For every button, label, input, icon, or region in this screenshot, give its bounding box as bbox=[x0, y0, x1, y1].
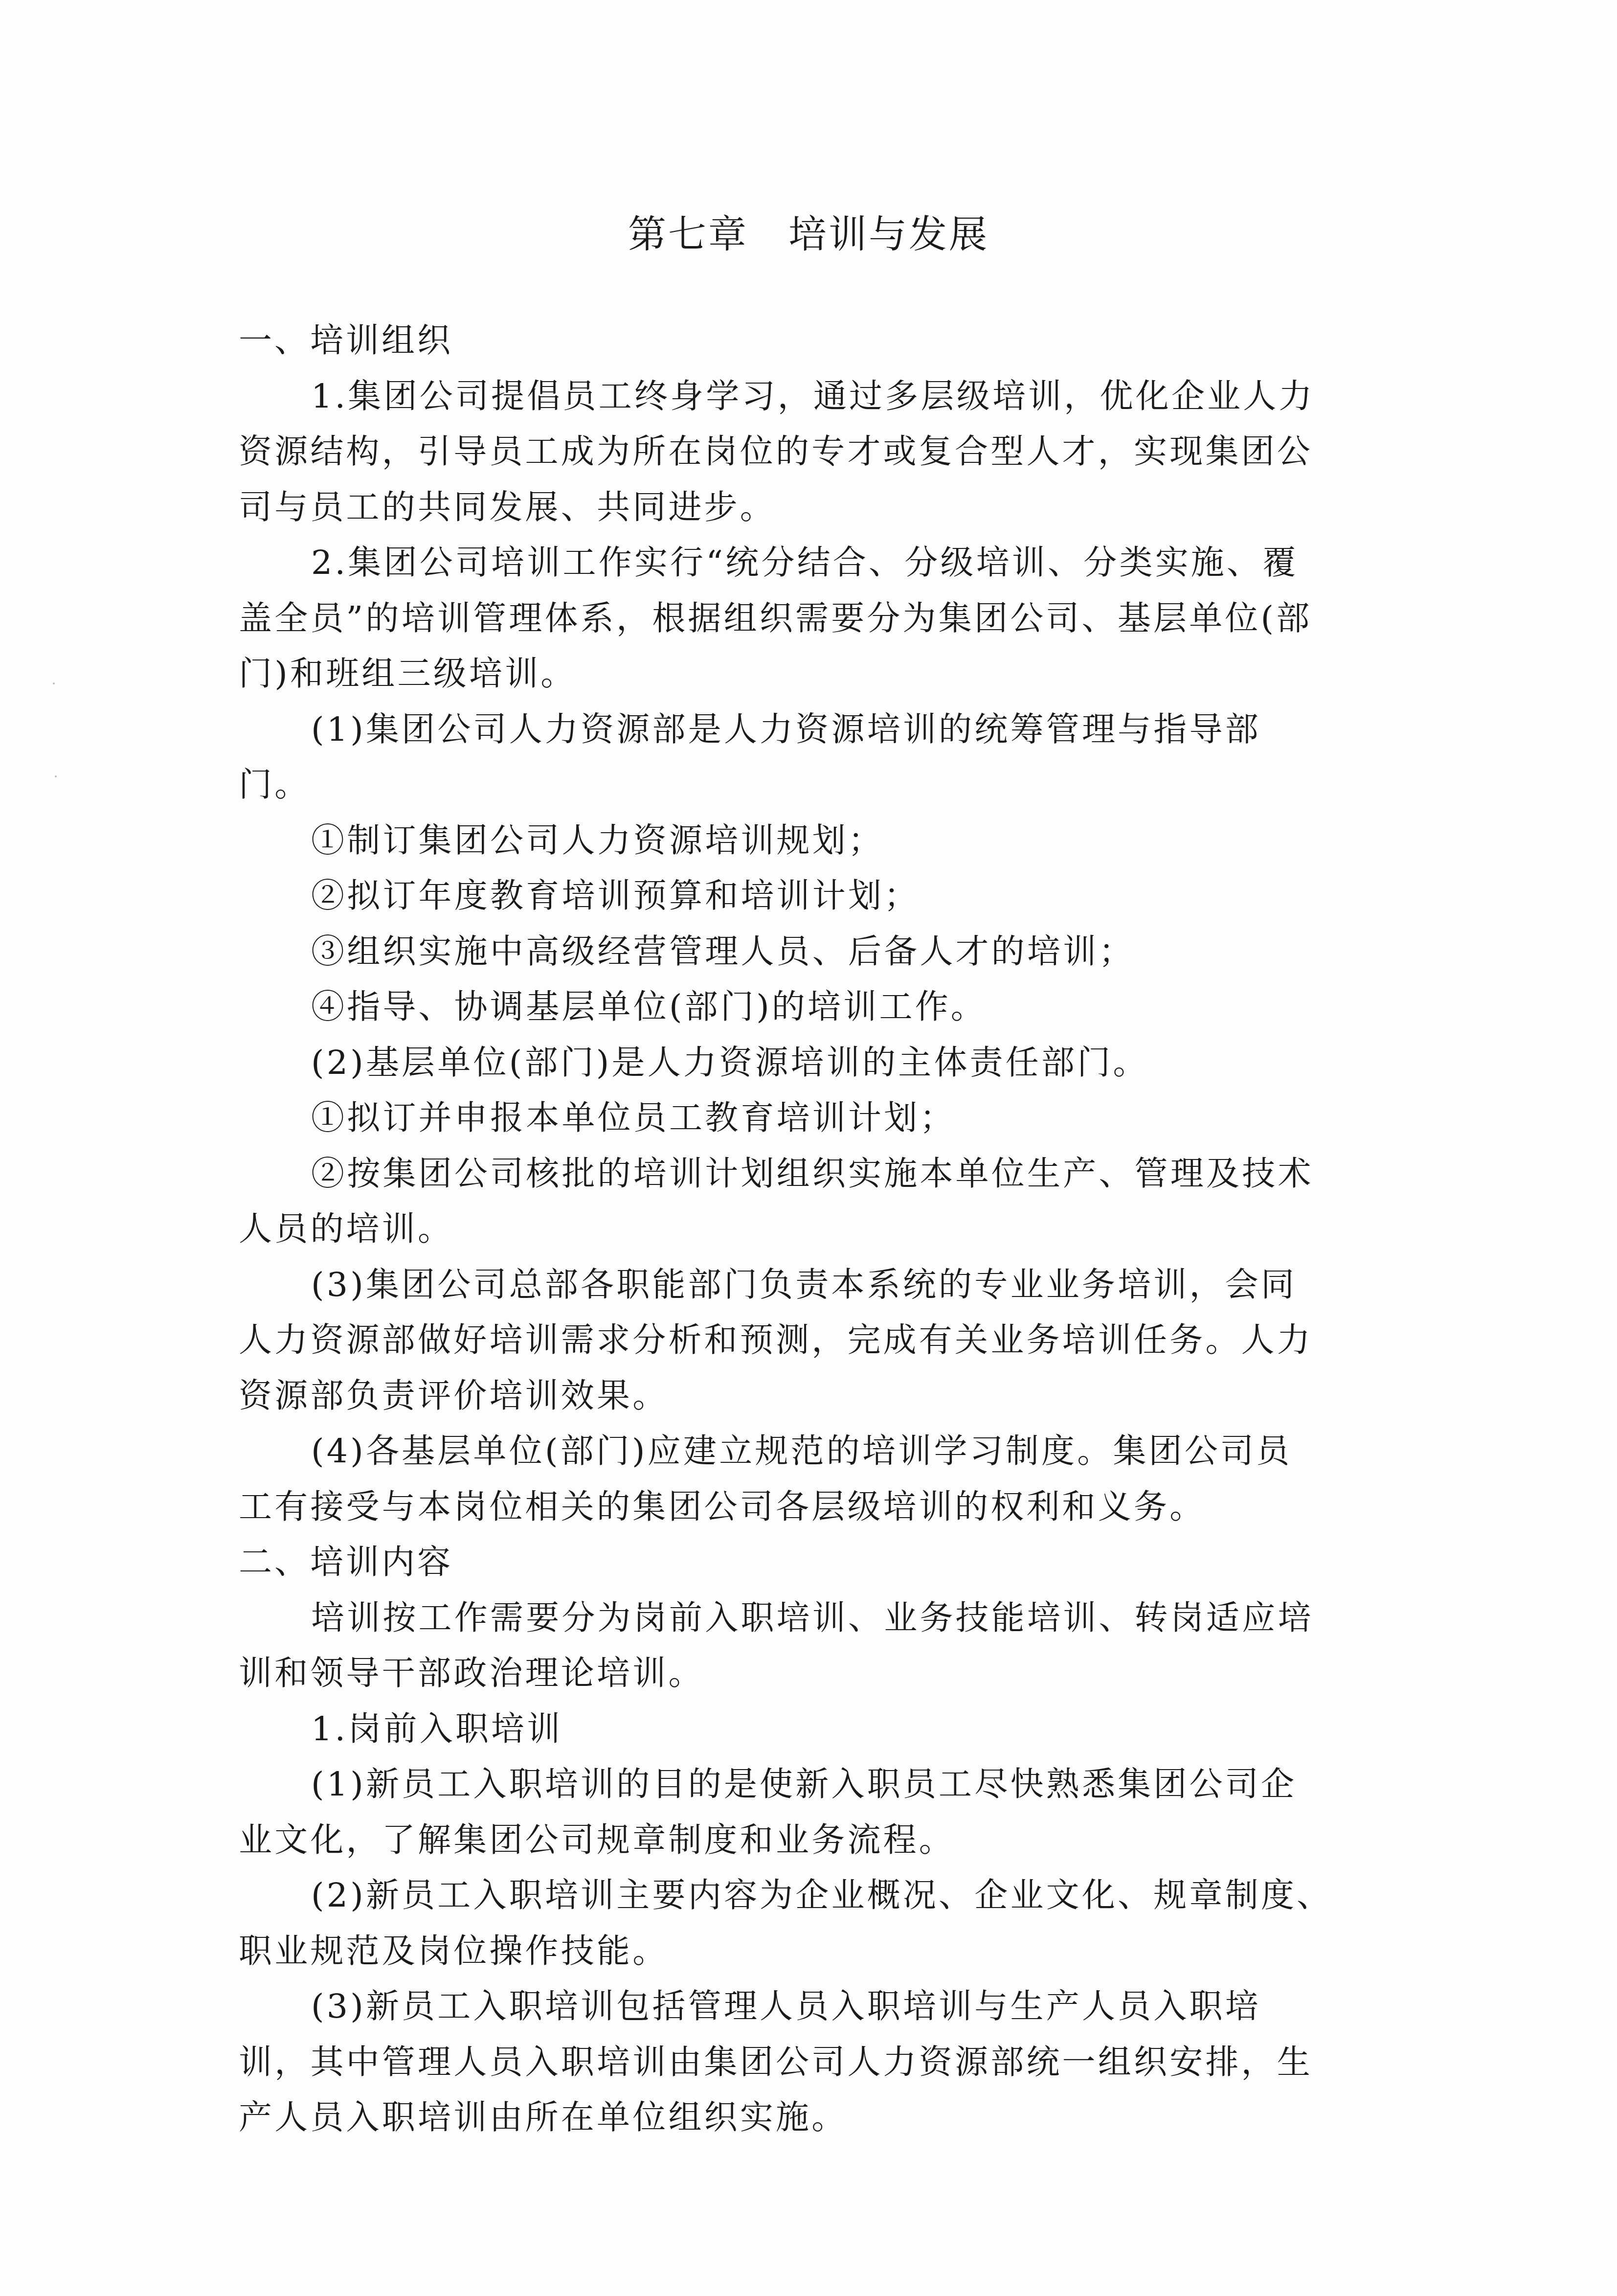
document-page: 第七章 培训与发展 一、培训组织 1.集团公司提倡员工终身学习，通过多层级培训，… bbox=[0, 0, 1617, 2296]
paragraph-line: 门。 bbox=[239, 757, 1378, 813]
paragraph-line: 训，其中管理人员入职培训由集团公司人力资源部统一组织安排，生 bbox=[239, 2035, 1378, 2091]
paragraph-line: 培训按工作需要分为岗前入职培训、业务技能培训、转岗适应培 bbox=[239, 1591, 1378, 1646]
paragraph-line: 人力资源部做好培训需求分析和预测，完成有关业务培训任务。人力 bbox=[239, 1313, 1378, 1368]
list-item: ①制订集团公司人力资源培训规划； bbox=[239, 813, 1378, 869]
paragraph-line: (1)集团公司人力资源部是人力资源培训的统筹管理与指导部 bbox=[239, 702, 1378, 758]
list-item: ④指导、协调基层单位(部门)的培训工作。 bbox=[239, 979, 1378, 1035]
paragraph-line: 职业规范及岗位操作技能。 bbox=[239, 1924, 1378, 1979]
paragraph-line: 资源结构，引导员工成为所在岗位的专才或复合型人才，实现集团公 bbox=[239, 424, 1378, 480]
paragraph-line: 业文化，了解集团公司规章制度和业务流程。 bbox=[239, 1813, 1378, 1868]
paragraph-line: 2.集团公司培训工作实行“统分结合、分级培训、分类实施、覆 bbox=[239, 535, 1378, 591]
paragraph-line: (2)基层单位(部门)是人力资源培训的主体责任部门。 bbox=[239, 1035, 1378, 1091]
paragraph-line: 产人员入职培训由所在单位组织实施。 bbox=[239, 2090, 1378, 2146]
list-item: ①拟订并申报本单位员工教育培训计划； bbox=[239, 1091, 1378, 1146]
paragraph-line: (1)新员工入职培训的目的是使新入职员工尽快熟悉集团公司企 bbox=[239, 1757, 1378, 1813]
paragraph-line: 1.集团公司提倡员工终身学习，通过多层级培训，优化企业人力 bbox=[239, 369, 1378, 425]
section-heading-training-content: 二、培训内容 bbox=[239, 1535, 1378, 1591]
section-heading-training-organization: 一、培训组织 bbox=[239, 313, 1378, 369]
paragraph-line: 司与员工的共同发展、共同进步。 bbox=[239, 480, 1378, 536]
paragraph-line: (4)各基层单位(部门)应建立规范的培训学习制度。集团公司员 bbox=[239, 1424, 1378, 1479]
paragraph-line: 训和领导干部政治理论培训。 bbox=[239, 1646, 1378, 1702]
scan-speck bbox=[53, 682, 55, 684]
paragraph-line: (3)集团公司总部各职能部门负责本系统的专业业务培训，会同 bbox=[239, 1257, 1378, 1313]
paragraph-line: (2)新员工入职培训主要内容为企业概况、企业文化、规章制度、 bbox=[239, 1868, 1378, 1924]
paragraph-line: 盖全员”的培训管理体系，根据组织需要分为集团公司、基层单位(部 bbox=[239, 591, 1378, 647]
list-item: ②按集团公司核批的培训计划组织实施本单位生产、管理及技术 bbox=[239, 1146, 1378, 1202]
paragraph-line: 人员的培训。 bbox=[239, 1202, 1378, 1257]
document-body: 一、培训组织 1.集团公司提倡员工终身学习，通过多层级培训，优化企业人力 资源结… bbox=[239, 313, 1378, 2146]
paragraph-line: (3)新员工入职培训包括管理人员入职培训与生产人员入职培 bbox=[239, 1979, 1378, 2035]
paragraph-line: 工有接受与本岗位相关的集团公司各层级培训的权利和义务。 bbox=[239, 1479, 1378, 1535]
chapter-title: 第七章 培训与发展 bbox=[0, 208, 1617, 262]
list-item: ②拟订年度教育培训预算和培训计划； bbox=[239, 868, 1378, 924]
list-item: ③组织实施中高级经营管理人员、后备人才的培训； bbox=[239, 924, 1378, 980]
paragraph-line: 资源部负责评价培训效果。 bbox=[239, 1368, 1378, 1424]
scan-speck bbox=[55, 775, 57, 777]
paragraph-line: 门)和班组三级培训。 bbox=[239, 646, 1378, 702]
subsection-heading-pre-job-training: 1.岗前入职培训 bbox=[239, 1702, 1378, 1757]
